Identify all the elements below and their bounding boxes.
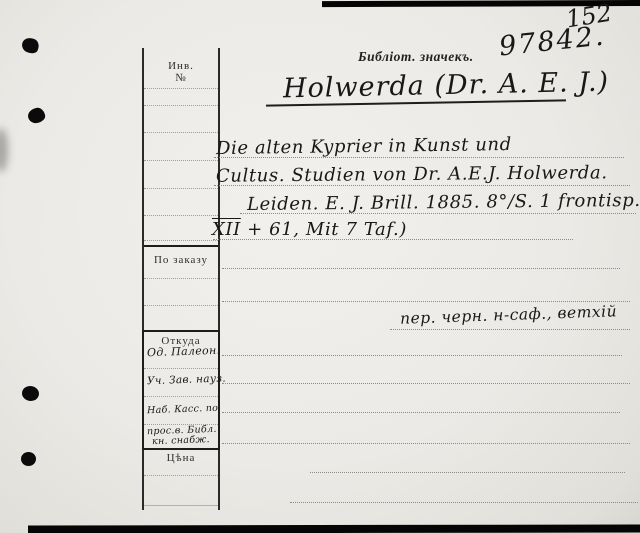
- library-stamp-label: Библіот. значекъ.: [358, 49, 474, 65]
- dotted-line: [214, 185, 630, 186]
- entry-line: Die alten Kyprier in Kunst und: [216, 134, 512, 159]
- catalog-card-scan: 152 97842. Библіот. значекъ. Holwerda (D…: [0, 0, 640, 533]
- hole-punch: [21, 385, 40, 402]
- ruled-line: [144, 215, 218, 217]
- entry-line-rest: + 61, Mit 7 Taf.): [241, 219, 407, 240]
- dotted-line: [222, 383, 630, 384]
- index-column: Инв. № По заказу Откуда Од. Палеон. Уч. …: [142, 48, 220, 510]
- inventory-label: Инв. №: [144, 60, 218, 84]
- entry-line-roman-pages: XII: [212, 219, 241, 240]
- ruled-line: [144, 396, 218, 398]
- inventory-number-sign: №: [175, 72, 187, 84]
- dotted-line: [213, 239, 573, 240]
- ruled-line: [144, 105, 218, 107]
- dotted-line: [390, 329, 630, 330]
- ruled-line: [144, 188, 218, 190]
- inventory-label-text: Инв.: [168, 60, 194, 72]
- origin-entry: Од. Палеон.: [147, 344, 218, 359]
- ruled-line: [144, 305, 218, 307]
- origin-entry: Наб. Касс. по: [147, 403, 218, 416]
- scan-edge-bar-bottom: [28, 524, 640, 533]
- ruled-line: [144, 368, 218, 370]
- origin-entry: Уч. Зав. науз.: [147, 373, 218, 387]
- hole-punch: [27, 107, 46, 125]
- dotted-line: [310, 472, 625, 473]
- hole-punch: [21, 452, 36, 466]
- entry-line: Leiden. E. J. Brill. 1885. 8°/S. 1 front…: [247, 190, 640, 215]
- condition-note: пер. черн. н-саф., ветхій: [400, 302, 618, 328]
- dotted-line: [290, 502, 638, 503]
- origin-entry: кн. снабж.: [152, 434, 218, 447]
- section-divider: [144, 245, 218, 247]
- ruled-line: [144, 240, 218, 242]
- origin-box: Откуда Од. Палеон. Уч. Зав. науз. Наб. К…: [142, 330, 220, 450]
- entry-line: XII + 61, Mit 7 Taf.): [212, 219, 407, 240]
- ruled-line: [144, 88, 218, 90]
- ruled-line: [144, 475, 218, 477]
- scan-smudge: [0, 128, 8, 172]
- ruled-line: [144, 132, 218, 134]
- dotted-line: [222, 355, 622, 356]
- dotted-line: [222, 443, 630, 444]
- dotted-line: [222, 301, 630, 302]
- order-label: По заказу: [144, 254, 218, 266]
- ruled-line: [144, 278, 218, 280]
- ruled-line: [144, 160, 218, 162]
- accession-number: 97842.: [498, 21, 607, 63]
- price-label: Цѣна: [144, 452, 218, 464]
- hole-punch: [20, 35, 42, 56]
- dotted-line: [222, 268, 620, 269]
- entry-line: Cultus. Studien von Dr. A.E.J. Holwerda.: [216, 162, 608, 186]
- dotted-line: [240, 213, 636, 214]
- dotted-line: [214, 157, 624, 158]
- ruled-line: [144, 505, 218, 506]
- dotted-line: [222, 412, 620, 413]
